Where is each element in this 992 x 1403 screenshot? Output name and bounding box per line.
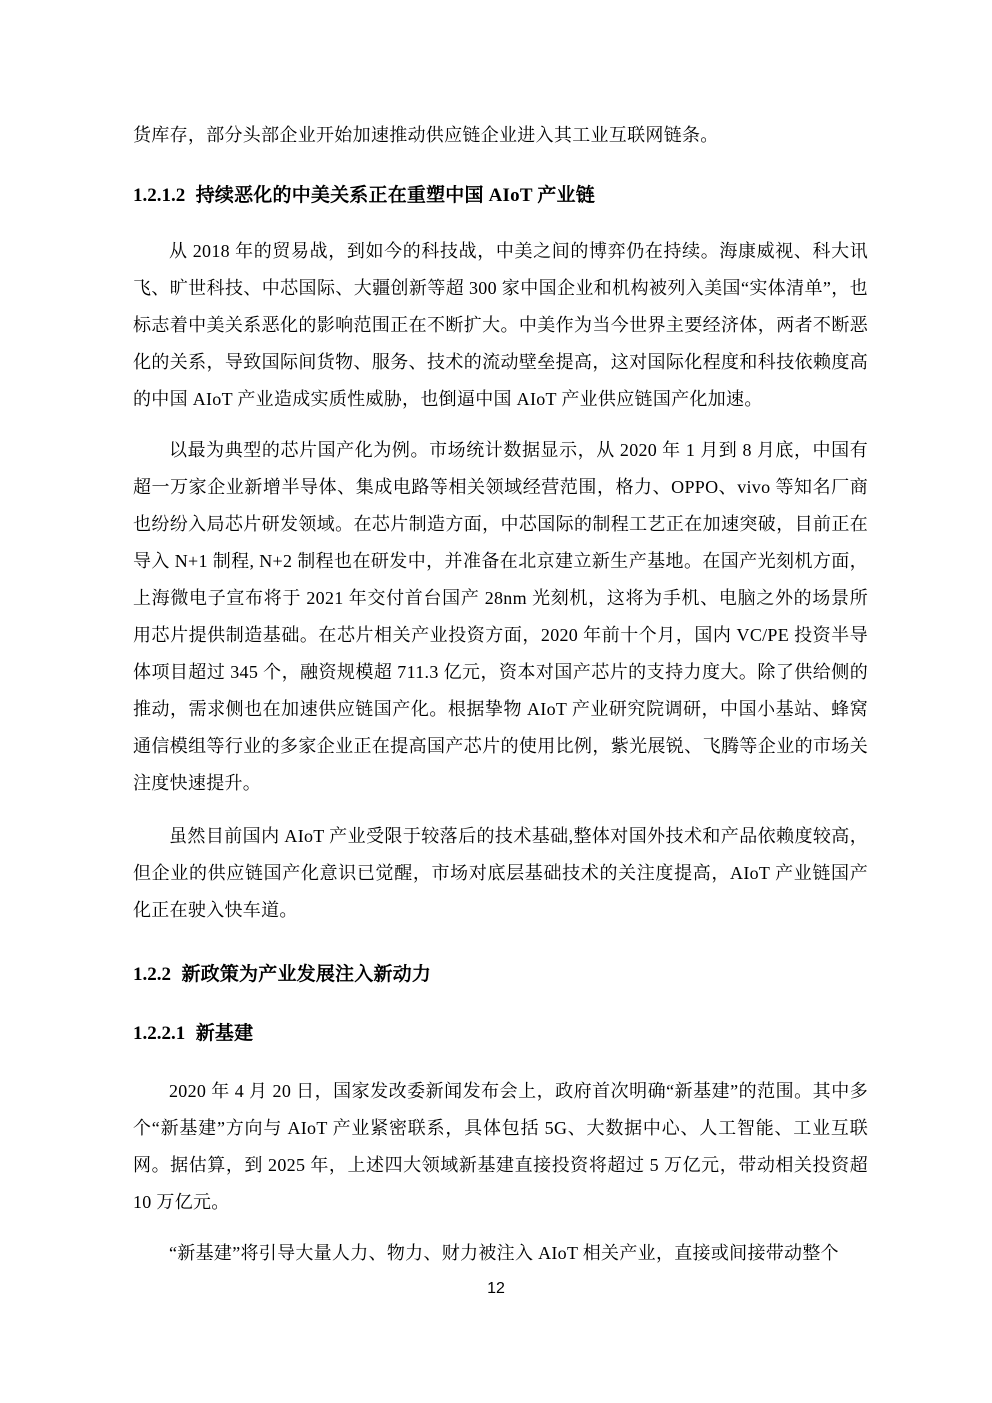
document-page: 货库存，部分头部企业开始加速推动供应链企业进入其工业互联网链条。 1.2.1.2… <box>0 0 992 1403</box>
heading-title: 新政策为产业发展注入新动力 <box>181 964 431 985</box>
heading-number: 1.2.2 <box>133 964 171 985</box>
page-content: 货库存，部分头部企业开始加速推动供应链企业进入其工业互联网链条。 1.2.1.2… <box>0 0 992 1272</box>
paragraph-continuation: 货库存，部分头部企业开始加速推动供应链企业进入其工业互联网链条。 <box>133 117 868 154</box>
heading-1-2-2: 1.2.2新政策为产业发展注入新动力 <box>133 962 868 988</box>
paragraph-us-china-relations: 从 2018 年的贸易战，到如今的科技战，中美之间的博弈仍在持续。海康威视、科大… <box>133 233 868 418</box>
page-number: 12 <box>487 1280 505 1297</box>
paragraph-supply-chain-awareness: 虽然目前国内 AIoT 产业受限于较落后的技术基础,整体对国外技术和产品依赖度较… <box>133 818 868 929</box>
paragraph-new-infrastructure-scope: 2020 年 4 月 20 日，国家发改委新闻发布会上，政府首次明确“新基建”的… <box>133 1073 868 1221</box>
heading-1-2-1-2: 1.2.1.2持续恶化的中美关系正在重塑中国 AIoT 产业链 <box>133 183 868 209</box>
page-footer: 12 <box>0 1278 992 1300</box>
paragraph-new-infrastructure-investment: “新基建”将引导大量人力、物力、财力被注入 AIoT 相关产业，直接或间接带动整… <box>133 1235 868 1272</box>
heading-1-2-2-1: 1.2.2.1新基建 <box>133 1021 868 1047</box>
paragraph-chip-localization: 以最为典型的芯片国产化为例。市场统计数据显示，从 2020 年 1 月到 8 月… <box>133 432 868 802</box>
heading-number: 1.2.2.1 <box>133 1023 185 1044</box>
heading-title: 持续恶化的中美关系正在重塑中国 AIoT 产业链 <box>196 185 595 206</box>
heading-number: 1.2.1.2 <box>133 185 185 206</box>
heading-title: 新基建 <box>196 1023 254 1044</box>
